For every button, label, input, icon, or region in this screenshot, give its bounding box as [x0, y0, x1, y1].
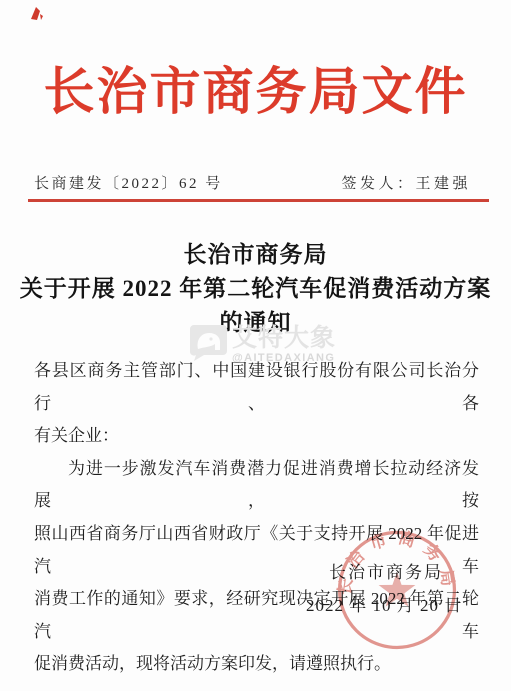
doc-number-row: 长商建发〔2022〕62 号 签发人：王建强: [34, 172, 471, 193]
document-title-line2: 关于开展 2022 年第二轮汽车促消费活动方案: [0, 272, 511, 306]
watermark-name: 艾特大象: [232, 325, 336, 351]
seal-star-icon: [379, 572, 416, 607]
red-divider-line: [28, 199, 489, 202]
salutation-line1: 各县区商务主管部门、中国建设银行股份有限公司长治分行、各: [34, 355, 479, 420]
corner-stamp-mark: [28, 6, 46, 22]
salutation-line2: 有关企业：: [34, 420, 479, 453]
doc-number: 长商建发〔2022〕62 号: [34, 172, 223, 193]
official-seal: 长治市商务局: [336, 529, 458, 651]
letterhead-title: 长治市商务局文件: [0, 60, 511, 126]
document-title-line1: 长治市商务局: [0, 238, 511, 272]
paragraph-line4: 促消费活动，现将活动方案印发，请遵照执行。: [34, 648, 479, 681]
document-page: 长治市商务局文件 长商建发〔2022〕62 号 签发人：王建强 长治市商务局 关…: [0, 0, 511, 691]
paragraph-line1: 为进一步激发汽车消费潜力促进消费增长拉动经济发展，按: [34, 453, 479, 518]
issuer-name: 签发人：王建强: [341, 172, 471, 193]
